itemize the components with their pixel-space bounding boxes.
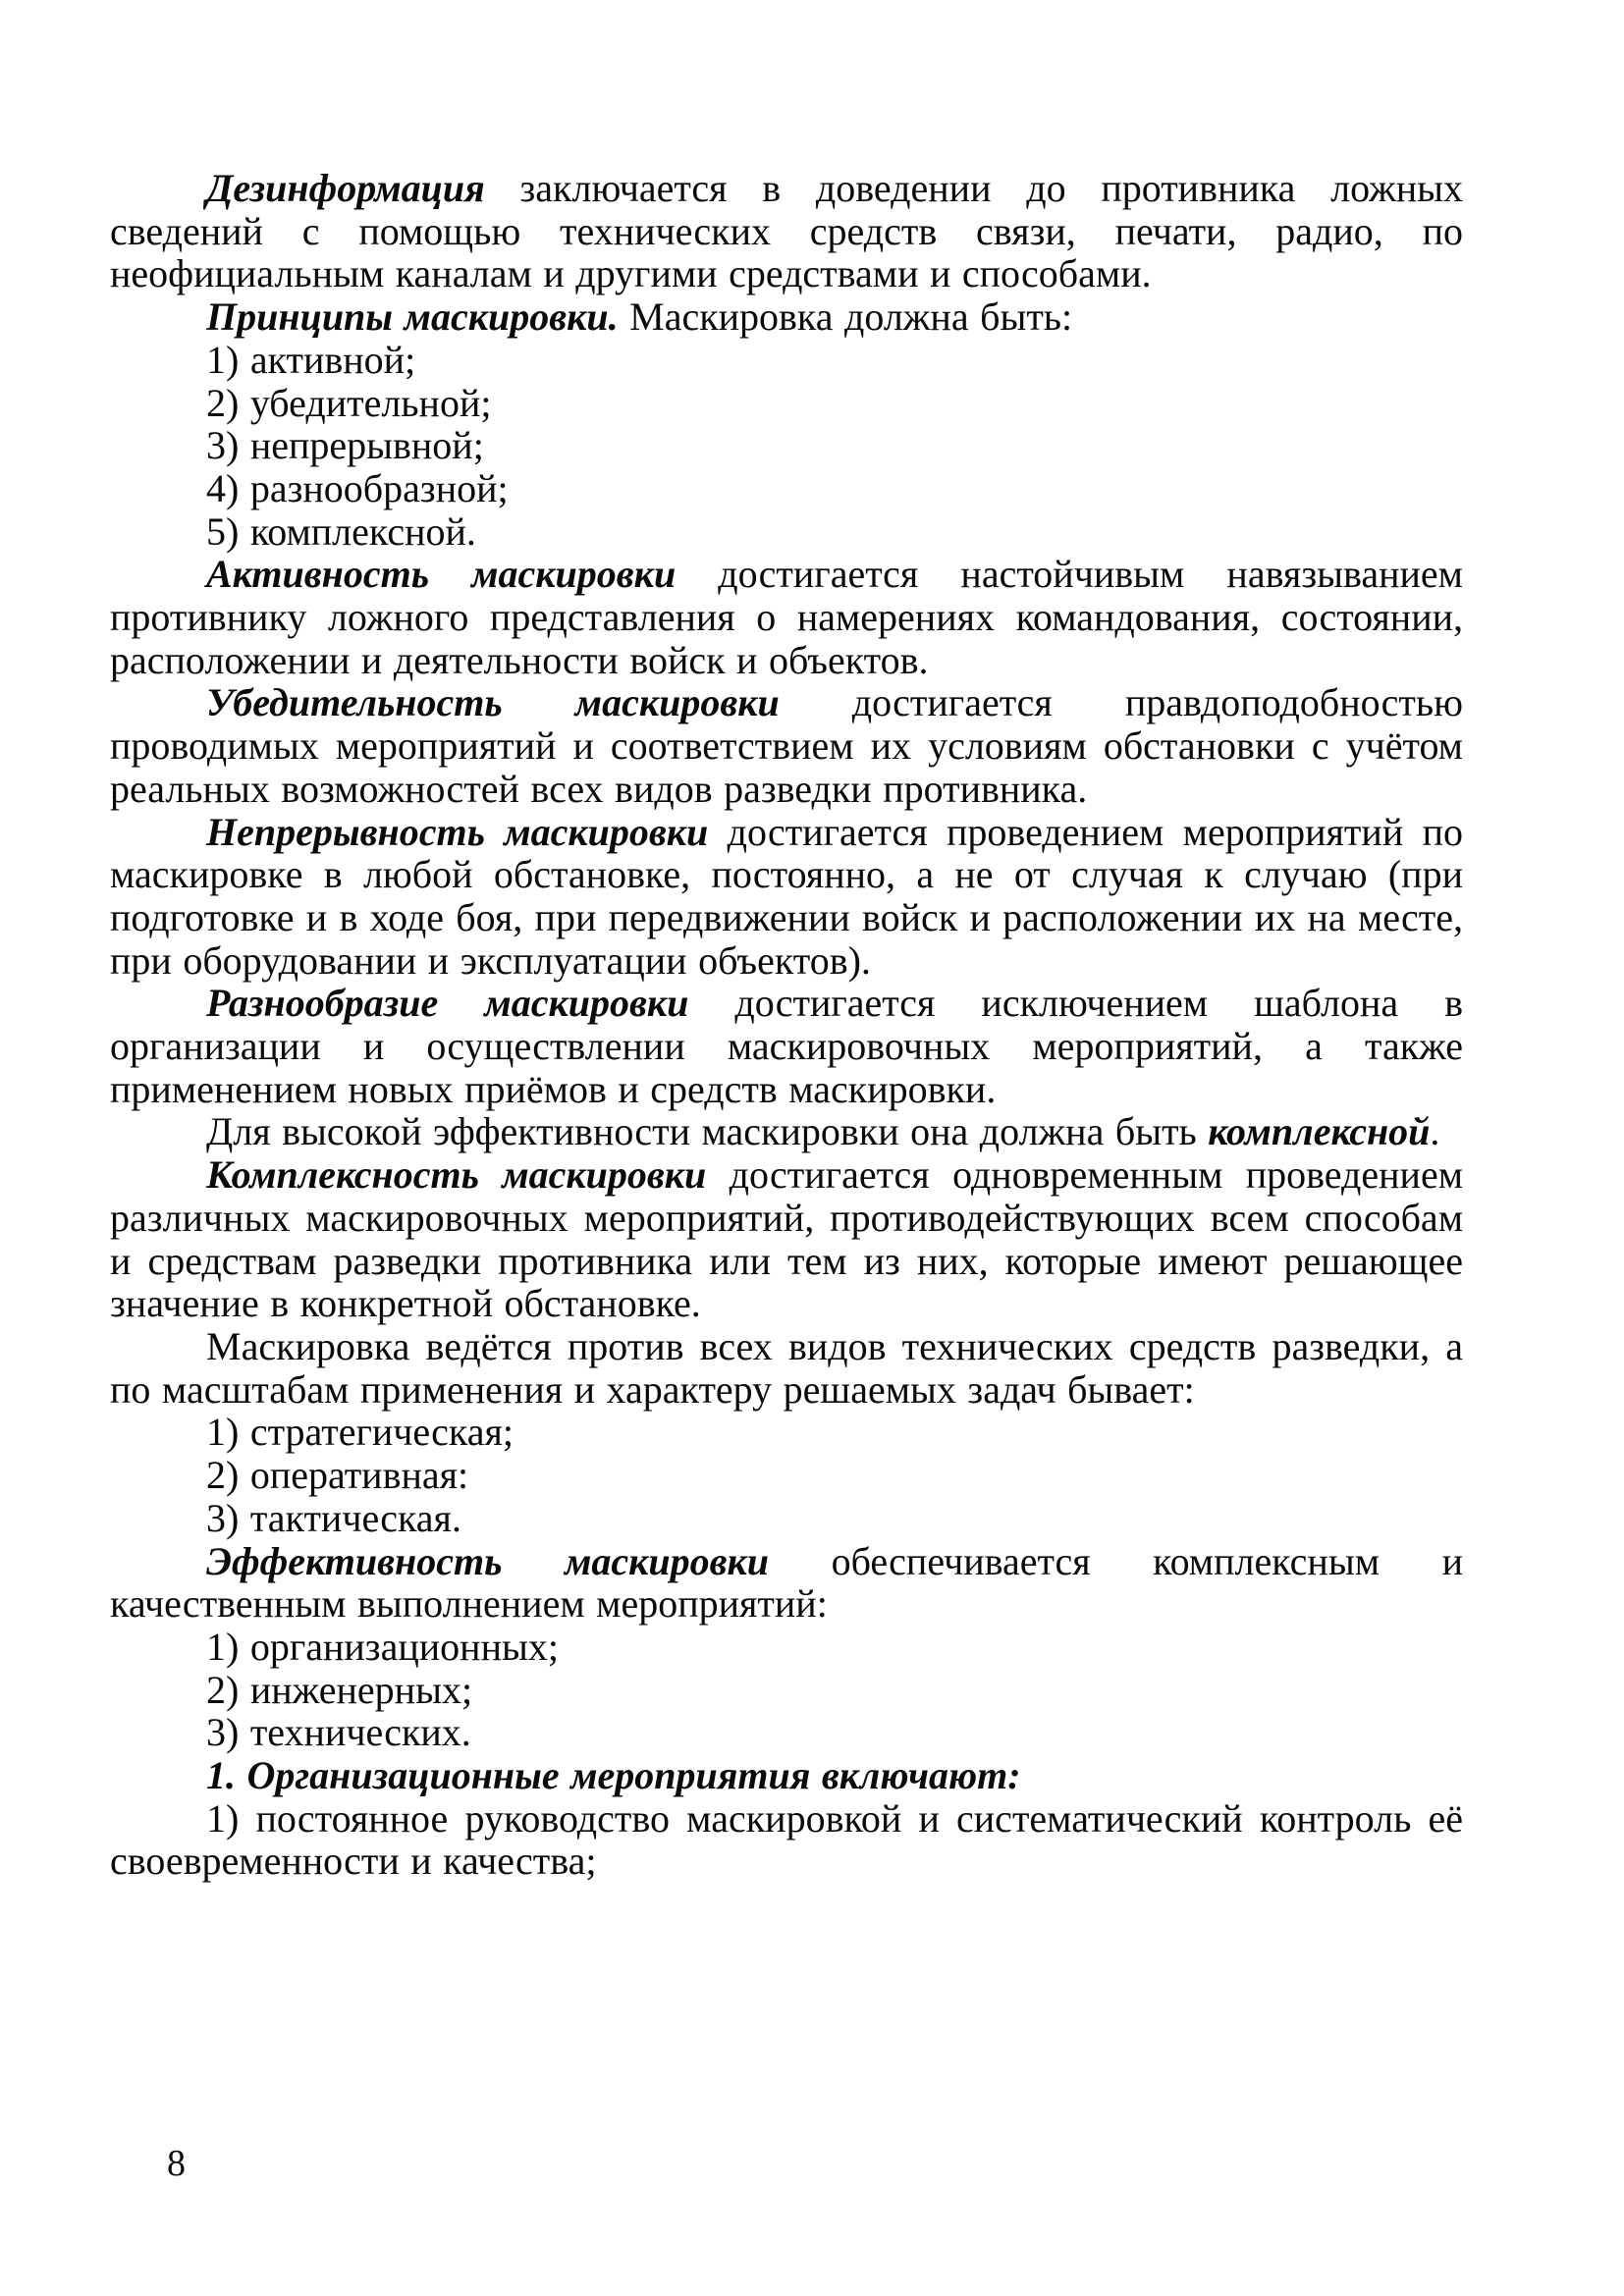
- paragraph-kompleksnost: Комплексность маскировки достигается одн…: [110, 1153, 1463, 1325]
- paragraph-principy-maskirovki: Принципы маскировки. Маскировка должна б…: [110, 295, 1463, 339]
- paragraph-postoyannoe-rukovodstvo: 1) постоянное руководство маскировкой и …: [110, 1797, 1463, 1883]
- paragraph-maskirovka-vedetsya: Маскировка ведётся против всех видов тех…: [110, 1325, 1463, 1411]
- paragraph-text: 1) постоянное руководство маскировкой и …: [110, 1796, 1463, 1884]
- list-item: 5) комплексной.: [110, 510, 1463, 554]
- list-item: 2) убедительной;: [110, 382, 1463, 425]
- paragraph-text: .: [1430, 1109, 1439, 1153]
- list-item: 1) организационных;: [110, 1626, 1463, 1669]
- list-item: 1) активной;: [110, 339, 1463, 382]
- paragraph-raznoobrazie: Разнообразие маскировки достигается искл…: [110, 982, 1463, 1110]
- paragraph-lead: Разнообразие маскировки: [206, 981, 688, 1025]
- paragraph-lead: Дезинформация: [206, 166, 485, 210]
- paragraph-dezinformaciya: Дезинформация заключается в доведении до…: [110, 167, 1463, 295]
- paragraph-lead: Принципы маскировки.: [206, 294, 619, 339]
- paragraph-ubeditelnost: Убедительность маскировки достигается пр…: [110, 681, 1463, 810]
- list-item: 3) тактическая.: [110, 1497, 1463, 1540]
- document-page: Дезинформация заключается в доведении до…: [0, 0, 1624, 2296]
- paragraph-lead: комплексной: [1208, 1109, 1430, 1153]
- paragraph-lead: Убедительность маскировки: [206, 680, 780, 724]
- paragraph-text: Для высокой эффективности маскировки она…: [206, 1109, 1208, 1153]
- paragraph-aktivnost: Активность маскировки достигается настой…: [110, 553, 1463, 681]
- paragraph-lead: Активность маскировки: [206, 552, 676, 596]
- list-item: 2) оперативная:: [110, 1454, 1463, 1497]
- paragraph-lead: Эффективность маскировки: [206, 1539, 769, 1583]
- page-number: 8: [167, 2142, 186, 2185]
- paragraph-nepreryvnost: Непрерывность маскировки достигается про…: [110, 811, 1463, 983]
- list-item: 1) стратегическая;: [110, 1411, 1463, 1454]
- paragraph-text: Маскировка ведётся против всех видов тех…: [110, 1324, 1463, 1412]
- document-body: Дезинформация заключается в доведении до…: [110, 167, 1463, 1883]
- paragraph-lead: Комплексность маскировки: [206, 1152, 706, 1197]
- list-item: 3) непрерывной;: [110, 424, 1463, 467]
- heading-organizacionnye-meropriyatiya: 1. Организационные мероприятия включают:: [110, 1754, 1463, 1797]
- paragraph-text: Маскировка должна быть:: [619, 294, 1073, 339]
- list-item: 3) технических.: [110, 1711, 1463, 1754]
- paragraph-effektivnost: Эффективность маскировки обеспечивается …: [110, 1540, 1463, 1626]
- paragraph-dlya-vysokoy: Для высокой эффективности маскировки она…: [110, 1110, 1463, 1153]
- list-item: 4) разнообразной;: [110, 467, 1463, 510]
- paragraph-lead: Непрерывность маскировки: [206, 810, 708, 854]
- list-item: 2) инженерных;: [110, 1669, 1463, 1712]
- heading-text: 1. Организационные мероприятия включают:: [206, 1753, 1021, 1797]
